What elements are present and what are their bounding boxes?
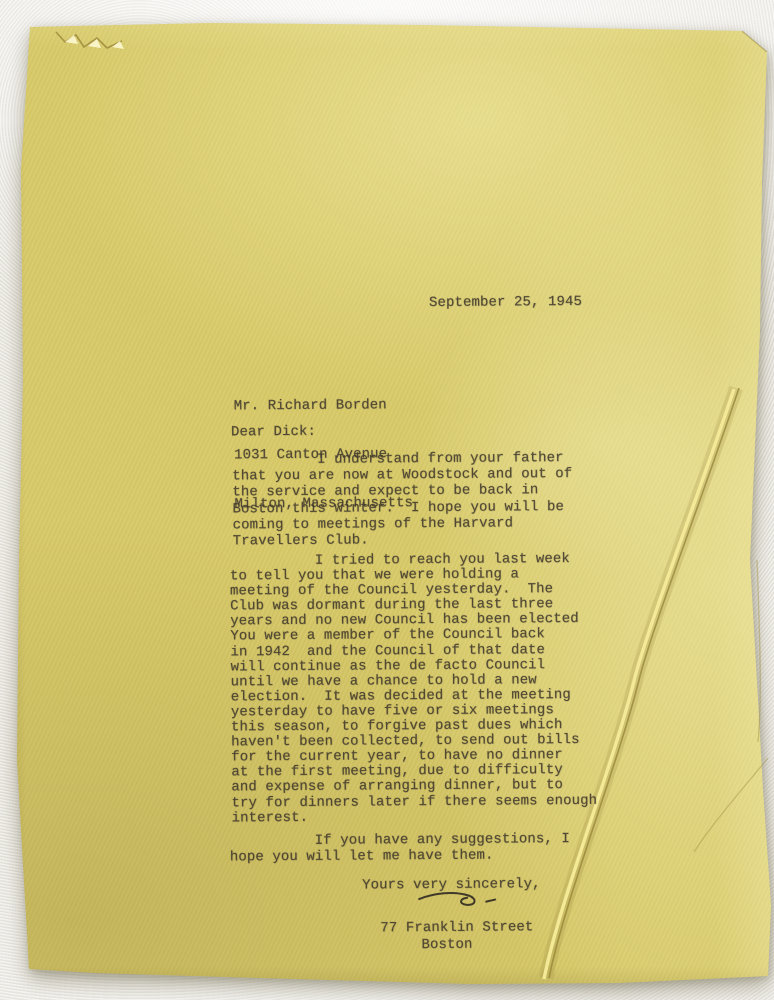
recipient-name: Mr. Richard Borden [234, 398, 413, 415]
letter-text-layer: September 25, 1945 Mr. Richard Borden 10… [0, 0, 774, 1000]
salutation: Dear Dick: [231, 424, 316, 441]
signature-squiggle-icon [416, 888, 502, 915]
sender-street: 77 Franklin Street [380, 919, 533, 936]
letter-paragraph-3: If you have any suggestions, I hope you … [230, 831, 570, 866]
letter-paragraph-1: I understand from your father that you a… [232, 450, 573, 550]
sender-city: Boston [421, 937, 472, 954]
photo-backdrop: September 25, 1945 Mr. Richard Borden 10… [0, 0, 774, 1000]
letter-date: September 25, 1945 [429, 294, 582, 311]
letter-paragraph-2: I tried to reach you last week to tell y… [230, 552, 597, 826]
